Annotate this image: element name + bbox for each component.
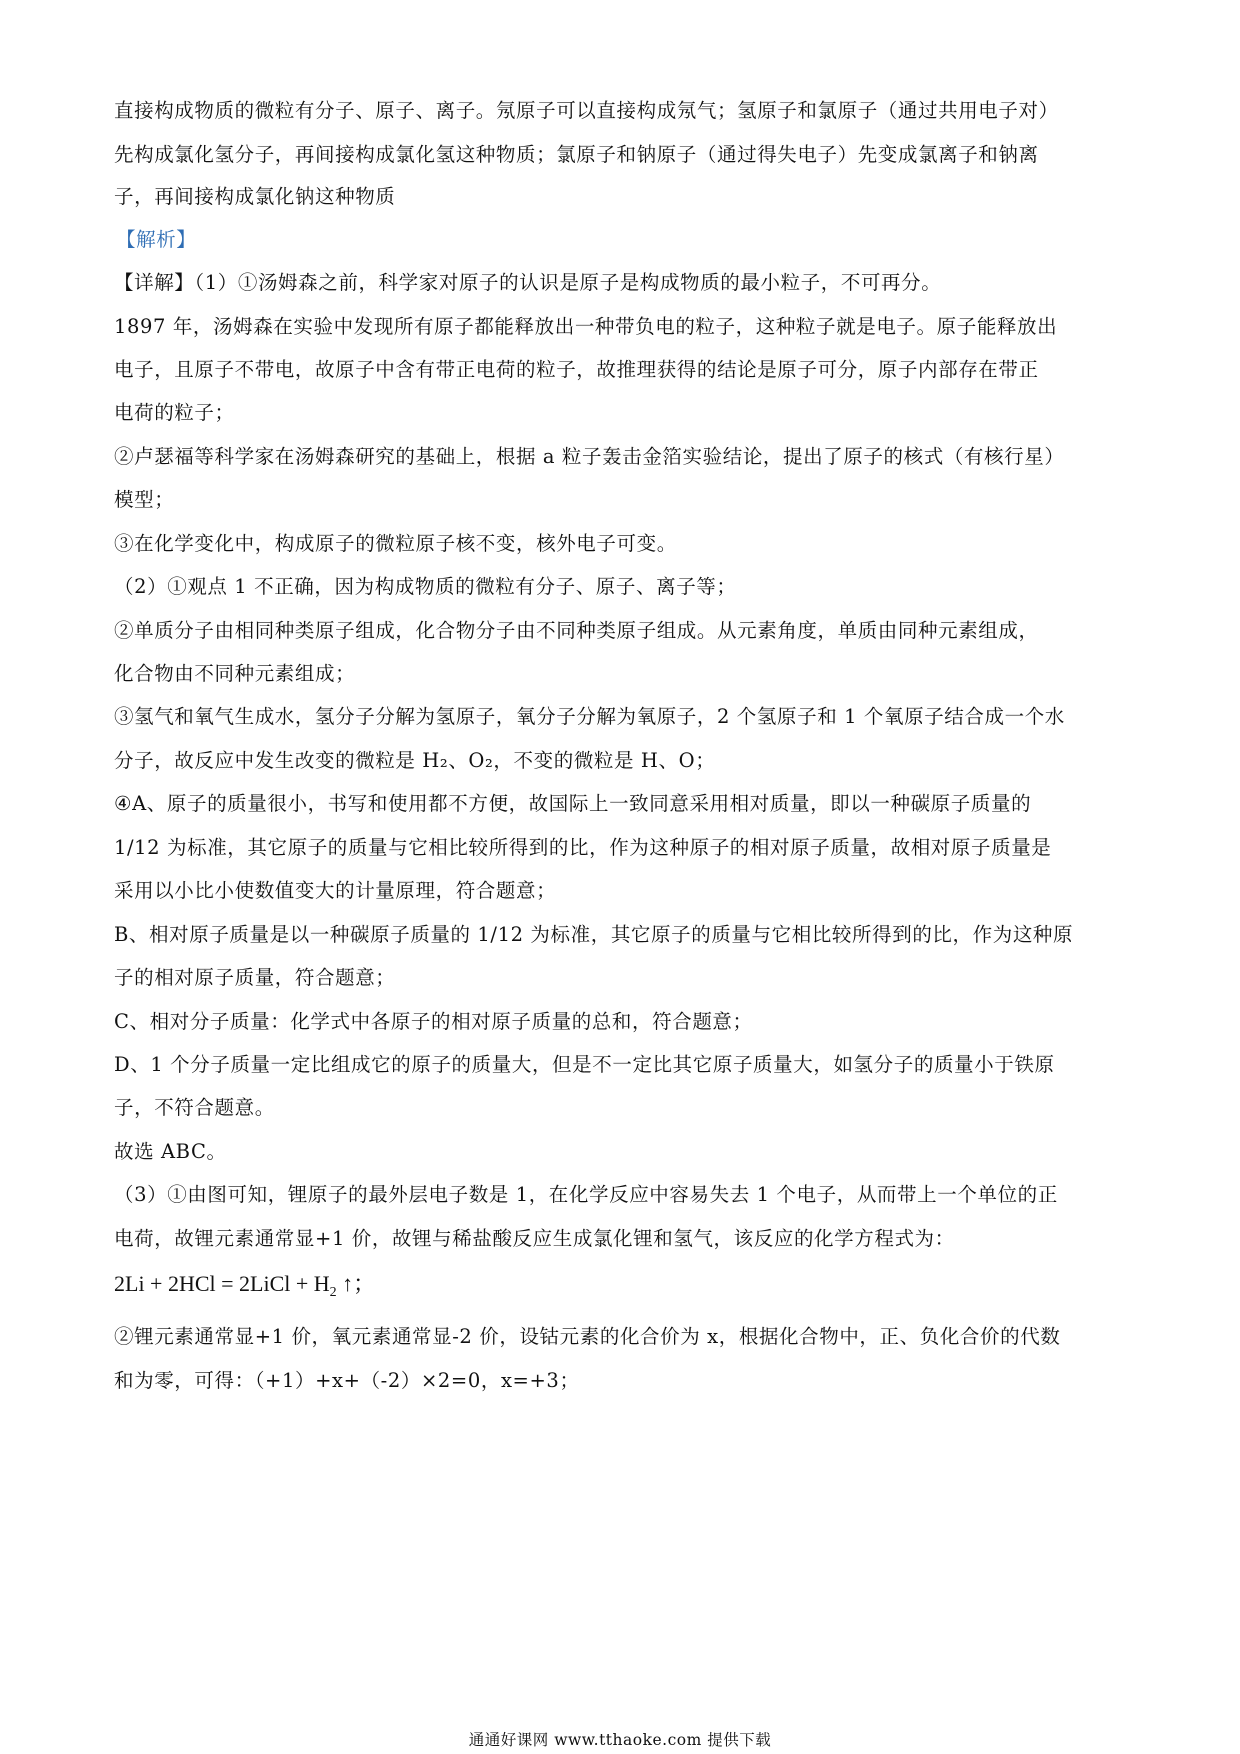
equation-subscript: 2: [330, 1285, 337, 1300]
chemical-equation: 2Li + 2HCl = 2LiCl + H2 ↑；: [114, 1270, 375, 1307]
text-line: 分子，故反应中发生改变的微粒是 H₂、O₂，不变的微粒是 H、O；: [114, 747, 715, 775]
text-line: ③氢气和氧气生成水，氢分子分解为氢原子，氧分子分解为氧原子，2 个氢原子和 1 …: [114, 703, 1065, 731]
text-line: 电子，且原子不带电，故原子中含有带正电荷的粒子，故推理获得的结论是原子可分，原子…: [114, 356, 1039, 384]
text-line: 电荷，故锂元素通常显+1 价，故锂与稀盐酸反应生成氯化锂和氢气，该反应的化学方程…: [114, 1225, 955, 1253]
page-footer: 通通好课网 www.tthaoke.com 提供下载: [0, 1730, 1240, 1750]
equation-tail: ；: [353, 1271, 375, 1296]
text-line: 直接构成物质的微粒有分子、原子、离子。氖原子可以直接构成氖气；氢原子和氯原子（通…: [114, 97, 1059, 125]
gas-arrow-icon: ↑: [337, 1271, 354, 1296]
text-line: 子的相对原子质量，符合题意；: [114, 964, 395, 992]
text-line: 子，再间接构成氯化钠这种物质: [114, 183, 395, 211]
text-line: 采用以小比小使数值变大的计量原理，符合题意；: [114, 877, 556, 905]
text-line: （2）①观点 1 不正确，因为构成物质的微粒有分子、原子、离子等；: [114, 573, 737, 601]
text-line: B、相对原子质量是以一种碳原子质量的 1/12 为标准，其它原子的质量与它相比较…: [114, 921, 1073, 949]
text-line: C、相对分子质量：化学式中各原子的相对原子质量的总和，符合题意；: [114, 1008, 753, 1036]
equation-body: 2Li + 2HCl = 2LiCl + H: [114, 1271, 330, 1296]
answer-line: 故选 ABC。: [114, 1138, 227, 1166]
text-line: 子，不符合题意。: [114, 1094, 275, 1122]
text-line: （3）①由图可知，锂原子的最外层电子数是 1，在化学反应中容易失去 1 个电子，…: [114, 1181, 1058, 1209]
text-line: 先构成氯化氢分子，再间接构成氯化氢这种物质；氯原子和钠原子（通过得失电子）先变成…: [114, 141, 1039, 169]
detail-intro-line: 【详解】（1）①汤姆森之前，科学家对原子的认识是原子是构成物质的最小粒子，不可再…: [114, 269, 941, 297]
text-line: 1/12 为标准，其它原子的质量与它相比较所得到的比，作为这种原子的相对原子质量…: [114, 834, 1051, 862]
text-line: ②锂元素通常显+1 价，氧元素通常显-2 价，设钴元素的化合价为 x，根据化合物…: [114, 1323, 1060, 1351]
text-line: D、1 个分子质量一定比组成它的原子的质量大，但是不一定比其它原子质量大，如氢分…: [114, 1051, 1055, 1079]
document-page: 直接构成物质的微粒有分子、原子、离子。氖原子可以直接构成氖气；氢原子和氯原子（通…: [0, 0, 1240, 1754]
text-line: 化合物由不同种元素组成；: [114, 660, 355, 688]
text-line: ③在化学变化中，构成原子的微粒原子核不变，核外电子可变。: [114, 530, 677, 558]
text-line: 1897 年，汤姆森在实验中发现所有原子都能释放出一种带负电的粒子，这种粒子就是…: [114, 313, 1057, 341]
text-line: 和为零，可得：（+1）+x+（-2）×2=0，x=+3；: [114, 1367, 580, 1395]
text-line: 模型；: [114, 486, 174, 514]
analysis-heading: 【解析】: [116, 226, 196, 254]
text-line: ②单质分子由相同种类原子组成，化合物分子由不同种类原子组成。从元素角度，单质由同…: [114, 617, 1039, 645]
text-line: ②卢瑟福等科学家在汤姆森研究的基础上，根据 a 粒子轰击金箔实验结论，提出了原子…: [114, 443, 1064, 471]
text-line: 电荷的粒子；: [114, 399, 235, 427]
text-line: ④A、原子的质量很小，书写和使用都不方便，故国际上一致同意采用相对质量，即以一种…: [114, 790, 1031, 818]
